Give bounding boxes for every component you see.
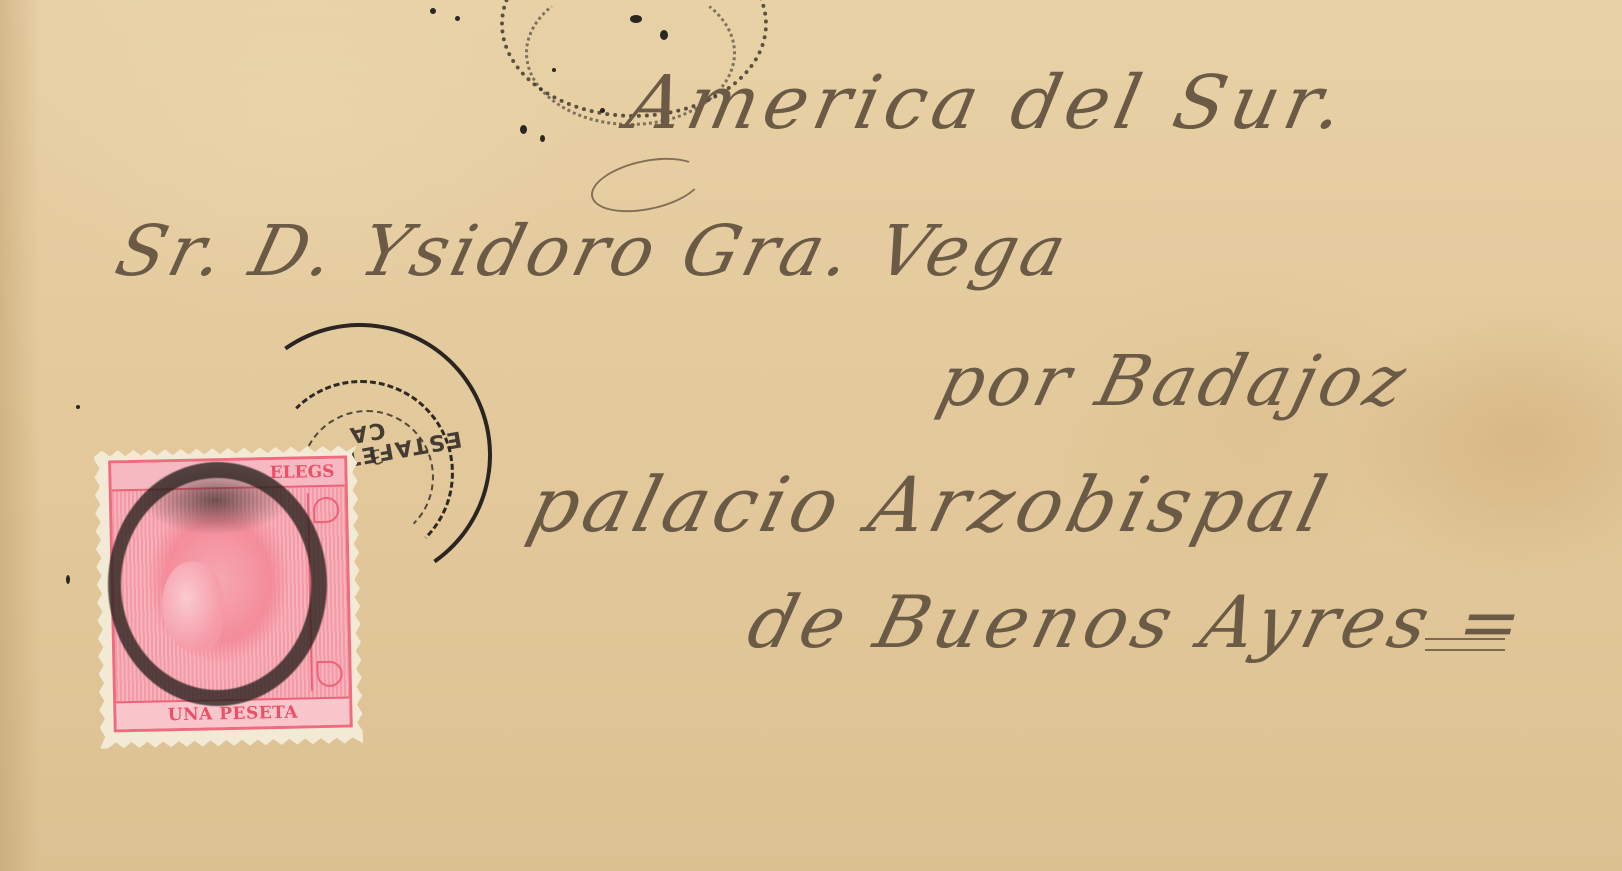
ink-speck [552, 68, 556, 72]
ink-speck [600, 108, 605, 113]
ink-speck [76, 405, 80, 409]
closing-double-dash [1425, 638, 1505, 651]
stamp-cancellation-ring [108, 462, 327, 706]
ink-speck [660, 30, 668, 40]
ink-speck [455, 16, 460, 21]
ink-speck [630, 15, 642, 23]
address-line-destination: America del Sur. [620, 60, 1357, 146]
ink-speck [430, 8, 436, 14]
ink-speck [66, 575, 70, 584]
address-line-recipient: Sr. D. Ysidoro Gra. Vega [108, 210, 1078, 292]
address-line-city: de Buenos Ayres = [740, 580, 1536, 664]
address-line-route: por Badajoz [930, 340, 1418, 422]
envelope: ESTAFETA DE CA 3 ELEGS UNA PESETA Americ… [0, 0, 1622, 871]
ink-speck [520, 125, 527, 134]
ink-speck [540, 135, 545, 142]
address-line-building: palacio Arzobispal [520, 460, 1340, 549]
